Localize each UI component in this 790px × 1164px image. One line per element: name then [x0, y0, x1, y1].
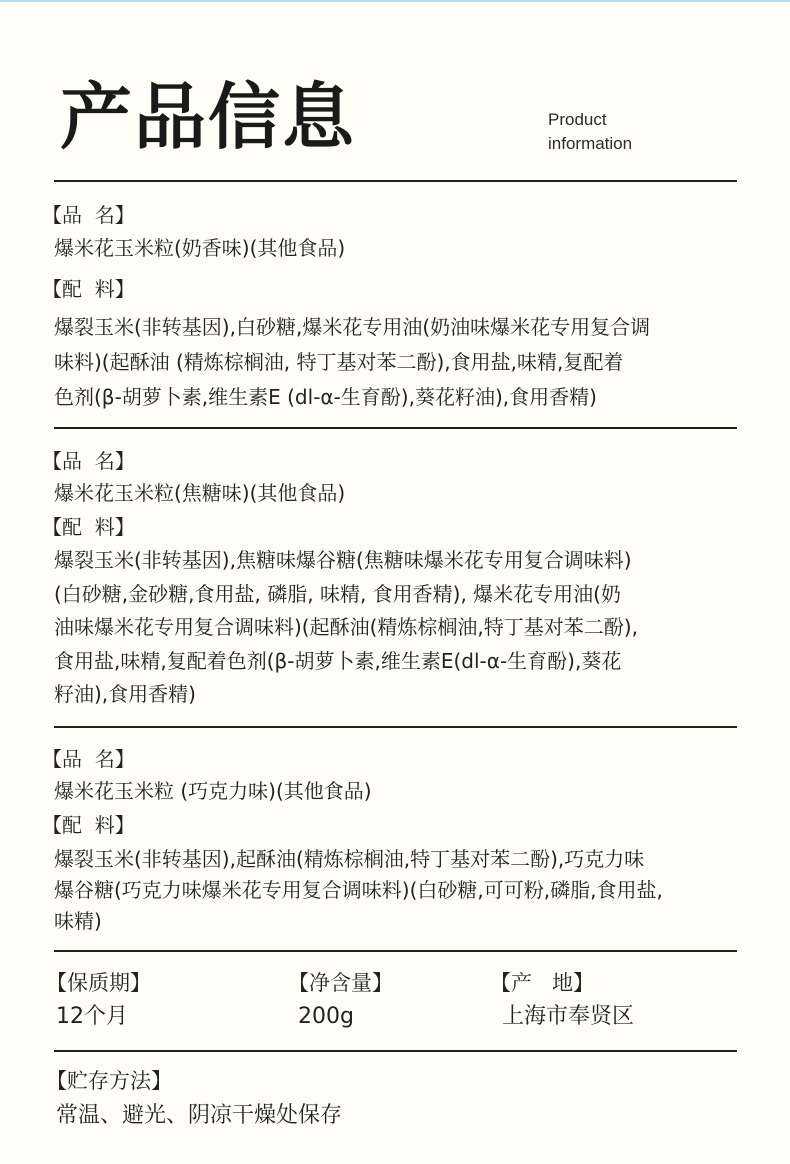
shelf-life-value: 12个月: [56, 1002, 128, 1032]
product-name: 爆米花玉米粒(焦糖味)(其他食品): [54, 478, 345, 508]
ingredients-label: 【配 料】: [42, 810, 135, 840]
ingredients-line: 味精): [54, 906, 754, 937]
product-name-label: 【品 名】: [42, 744, 135, 774]
ingredients-line: 食用盐,味精,复配着色剂(β-胡萝卜素,维生素E(dl-α-生育酚),葵花: [54, 645, 754, 679]
subtitle-line-2: information: [548, 132, 632, 156]
page-title: 产品信息: [60, 72, 356, 162]
page-subtitle: Product information: [548, 108, 632, 156]
product-name: 爆米花玉米粒 (巧克力味)(其他食品): [54, 776, 372, 806]
ingredients-line: 籽油),食用香精): [54, 678, 754, 712]
header-divider: [54, 180, 737, 182]
storage-value: 常温、避光、阴凉干燥处保存: [56, 1101, 342, 1131]
ingredients-line: 爆谷糖(巧克力味爆米花专用复合调味料)(白砂糖,可可粉,磷脂,食用盐,: [54, 875, 754, 906]
ingredients-line: 爆裂玉米(非转基因),焦糖味爆谷糖(焦糖味爆米花专用复合调味料): [54, 544, 754, 578]
page-header: 产品信息 Product information: [0, 0, 790, 182]
section-divider: [54, 1050, 737, 1052]
ingredients-line: 色剂(β-胡萝卜素,维生素E (dl-α-生育酚),葵花籽油),食用香精): [54, 380, 754, 415]
origin-value: 上海市奉贤区: [502, 1002, 634, 1032]
section-divider: [54, 726, 737, 728]
ingredients-line: 味料)(起酥油 (精炼棕榈油, 特丁基对苯二酚),食用盐,味精,复配着: [54, 345, 754, 380]
ingredients-line: (白砂糖,金砂糖,食用盐, 磷脂, 味精, 食用香精), 爆米花专用油(奶: [54, 578, 754, 612]
ingredients-line: 油味爆米花专用复合调味料)(起酥油(精炼棕榈油,特丁基对苯二酚),: [54, 611, 754, 645]
ingredients-line: 爆裂玉米(非转基因),白砂糖,爆米花专用油(奶油味爆米花专用复合调: [54, 310, 754, 345]
origin-label: 【产 地】: [490, 968, 594, 998]
product-name-label: 【品 名】: [42, 446, 135, 476]
ingredients-label: 【配 料】: [42, 274, 135, 304]
ingredients-text: 爆裂玉米(非转基因),焦糖味爆谷糖(焦糖味爆米花专用复合调味料) (白砂糖,金砂…: [54, 544, 754, 712]
ingredients-text: 爆裂玉米(非转基因),白砂糖,爆米花专用油(奶油味爆米花专用复合调 味料)(起酥…: [54, 310, 754, 415]
storage-label: 【贮存方法】: [46, 1066, 172, 1096]
ingredients-line: 爆裂玉米(非转基因),起酥油(精炼棕榈油,特丁基对苯二酚),巧克力味: [54, 844, 754, 875]
product-name-label: 【品 名】: [42, 200, 135, 230]
net-weight-value: 200g: [298, 1002, 354, 1032]
net-weight-label: 【净含量】: [288, 968, 393, 998]
section-divider: [54, 427, 737, 429]
subtitle-line-1: Product: [548, 108, 632, 132]
section-divider: [54, 950, 737, 952]
ingredients-label: 【配 料】: [42, 512, 135, 542]
ingredients-text: 爆裂玉米(非转基因),起酥油(精炼棕榈油,特丁基对苯二酚),巧克力味 爆谷糖(巧…: [54, 844, 754, 937]
shelf-life-label: 【保质期】: [46, 968, 151, 998]
product-name: 爆米花玉米粒(奶香味)(其他食品): [54, 233, 345, 263]
